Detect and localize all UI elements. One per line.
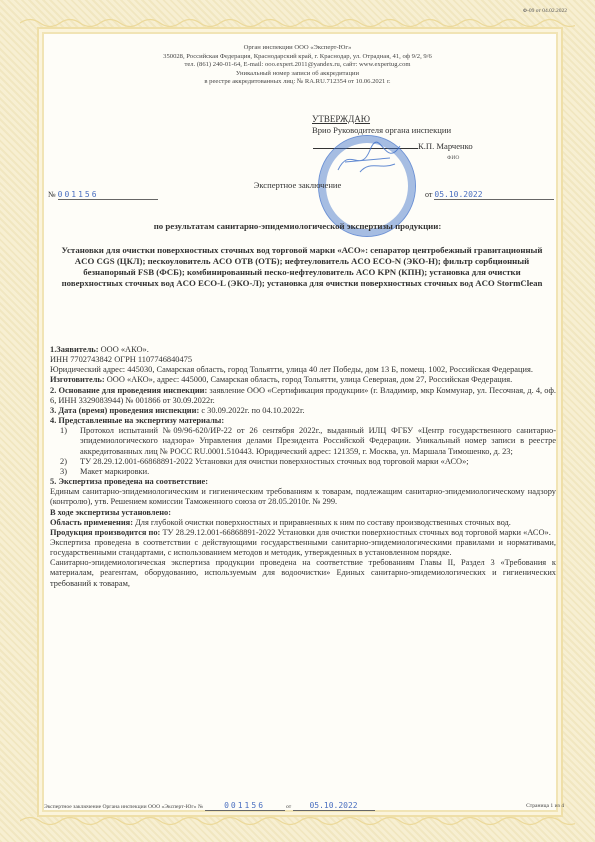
list-text: ТУ 28.29.12.001-66868891-2022 Установки … bbox=[80, 457, 469, 466]
findings-heading: В ходе экспертизы установлено: bbox=[50, 508, 556, 518]
list-number: 3) bbox=[60, 467, 67, 477]
manufacturer-value: ООО «АКО», адрес: 445000, Самарская обла… bbox=[105, 375, 513, 384]
decorative-wave-bottom bbox=[20, 814, 575, 828]
products-description: Установки для очистки поверхностных сточ… bbox=[52, 245, 552, 289]
list-text: Протокол испытаний №09/96-620/ИР-22 от 2… bbox=[80, 426, 556, 455]
number-prefix: № bbox=[48, 190, 56, 199]
basis-para: 2. Основание для проведения инспекции: з… bbox=[50, 386, 556, 406]
list-item: 1)Протокол испытаний №09/96-620/ИР-22 от… bbox=[80, 426, 556, 456]
list-number: 1) bbox=[60, 426, 67, 436]
manufacturer-para: Изготовитель: ООО «АКО», адрес: 445000, … bbox=[50, 375, 556, 385]
issuer-header: Орган инспекции ООО «Эксперт-Юг» 350028,… bbox=[0, 44, 595, 87]
scope-value: Для глубокой очистки поверхностных и при… bbox=[133, 518, 511, 527]
list-item: 2)ТУ 28.29.12.001-66868891-2022 Установк… bbox=[80, 457, 556, 467]
materials-label: 4. Представленные на экспертизу материал… bbox=[50, 416, 224, 425]
footer-label: Экспертное заключение Органа инспекции О… bbox=[44, 804, 203, 810]
scope-para: Область применения: Для глубокой очистки… bbox=[50, 518, 556, 528]
produced-para: Продукция производится по: ТУ 28.29.12.0… bbox=[50, 528, 556, 538]
list-text: Макет маркировки. bbox=[80, 467, 149, 476]
footer-date-prefix: от bbox=[286, 804, 291, 810]
page-number: Страница 1 из 4 bbox=[526, 803, 564, 809]
decorative-wave-top bbox=[20, 16, 575, 30]
basis-label: 2. Основание для проведения инспекции: bbox=[50, 386, 207, 395]
issuer-contacts: тел. (861) 240-01-64, E-mail: ooo.expert… bbox=[0, 61, 595, 70]
document-body: 1.Заявитель: ООО «АКО». ИНН 7702743842 О… bbox=[50, 345, 556, 589]
list-item: 3)Макет маркировки. bbox=[80, 467, 556, 477]
compliance-text: Единым санитарно-эпидемиологическим и ги… bbox=[50, 487, 556, 507]
dates-label: 3. Дата (время) проведения инспекции: bbox=[50, 406, 199, 415]
date-prefix: от bbox=[425, 190, 432, 199]
page-footer: Экспертное заключение Органа инспекции О… bbox=[44, 801, 564, 811]
document-date: 05.10.2022 bbox=[434, 190, 554, 200]
legal-address: Юридический адрес: 445030, Самарская обл… bbox=[50, 365, 556, 375]
document-title: Экспертное заключение bbox=[0, 180, 595, 190]
inn-line: ИНН 7702743842 ОГРН 1107746840475 bbox=[50, 355, 556, 365]
dates-para: 3. Дата (время) проведения инспекции: с … bbox=[50, 406, 556, 416]
scope-label: Область применения: bbox=[50, 518, 133, 527]
accreditation-line1: Уникальный номер записи об аккредитации bbox=[0, 70, 595, 79]
produced-value: ТУ 28.29.12.001-66868891-2022 Установки … bbox=[160, 528, 550, 537]
compliance-heading: 5. Экспертиза проведена на соответствие: bbox=[50, 477, 556, 487]
document-subtitle: по результатам санитарно-эпидемиологичес… bbox=[0, 221, 595, 231]
footer-number: 001156 bbox=[205, 801, 285, 811]
applicant-para: 1.Заявитель: ООО «АКО». bbox=[50, 345, 556, 355]
manufacturer-label: Изготовитель: bbox=[50, 375, 105, 384]
document-number-row: № 001156 bbox=[48, 190, 158, 200]
document-date-row: от 05.10.2022 bbox=[425, 190, 554, 200]
materials-heading: 4. Представленные на экспертизу материал… bbox=[50, 416, 556, 426]
form-code: Ф-09 от 04.02.2022 bbox=[523, 8, 567, 14]
issuer-org: Орган инспекции ООО «Эксперт-Юг» bbox=[0, 44, 595, 53]
sanitary-para: Санитарно-эпидемиологическая экспертиза … bbox=[50, 558, 556, 588]
conducted-para: Экспертиза проведена в соответствии с де… bbox=[50, 538, 556, 558]
approval-position: Врио Руководителя органа инспекции bbox=[312, 125, 451, 136]
findings-label: В ходе экспертизы установлено: bbox=[50, 508, 171, 517]
dates-value: с 30.09.2022г. по 04.10.2022г. bbox=[199, 406, 304, 415]
applicant-value: ООО «АКО». bbox=[99, 345, 149, 354]
accreditation-line2: в реестре аккредитованных лиц: № RA.RU.7… bbox=[0, 78, 595, 87]
produced-label: Продукция производится по: bbox=[50, 528, 160, 537]
footer-date: 05.10.2022 bbox=[293, 801, 375, 811]
signer-name: К.П. Марченко bbox=[418, 141, 473, 151]
fio-label: ФИО bbox=[447, 155, 459, 161]
compliance-label: 5. Экспертиза проведена на соответствие: bbox=[50, 477, 208, 486]
issuer-address: 350028, Российская Федерация, Краснодарс… bbox=[0, 53, 595, 62]
signature-scribble-icon bbox=[330, 140, 410, 180]
applicant-label: 1.Заявитель: bbox=[50, 345, 99, 354]
approval-title: УТВЕРЖДАЮ bbox=[312, 114, 451, 125]
list-number: 2) bbox=[60, 457, 67, 467]
materials-list: 1)Протокол испытаний №09/96-620/ИР-22 от… bbox=[50, 426, 556, 477]
document-number: 001156 bbox=[58, 190, 158, 200]
approval-block: УТВЕРЖДАЮ Врио Руководителя органа инспе… bbox=[312, 114, 451, 136]
